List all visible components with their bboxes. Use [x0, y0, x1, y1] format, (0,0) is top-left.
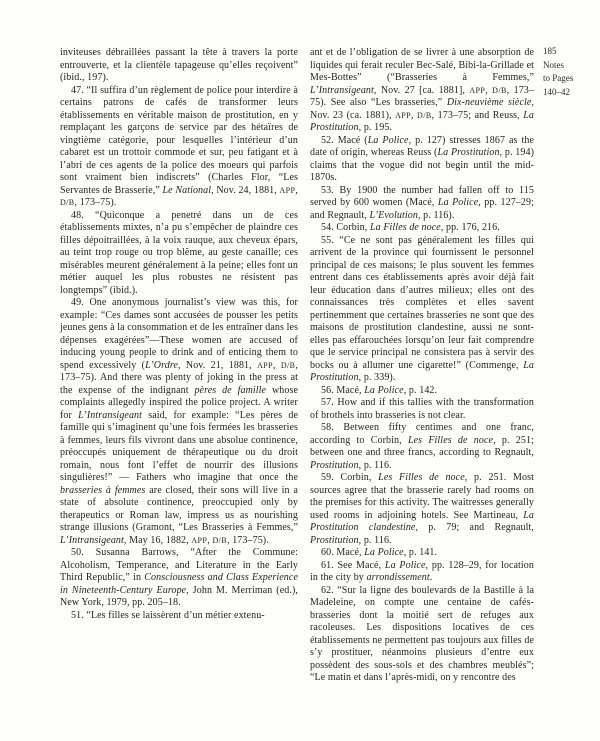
endnote-paragraph: 48. “Quiconque a penetré dans un de ces … — [60, 210, 298, 298]
endnote-paragraph: 54. Corbin, La Filles de noce, pp. 176, … — [310, 222, 534, 235]
endnote-paragraph: 49. One anonymous journalist’s view was … — [60, 297, 298, 547]
endnote-paragraph: 61. See Macé, La Police, pp. 128–29, for… — [310, 560, 534, 585]
left-column: inviteuses débraillées passant la tête à… — [60, 47, 298, 685]
endnote-paragraph: 59. Corbin, Les Filles de noce, p. 251. … — [310, 472, 534, 547]
endnote-paragraph: 52. Macé (La Police, p. 127) stresses 18… — [310, 135, 534, 185]
page-number: 185 — [543, 45, 597, 59]
endnote-paragraph: 58. Between fifty centimes and one franc… — [310, 422, 534, 472]
endnote-paragraph: 53. By 1900 the number had fallen off to… — [310, 185, 534, 223]
book-page: inviteuses débraillées passant la tête à… — [0, 0, 600, 741]
endnote-paragraph: 60. Macé, La Police, p. 141. — [310, 547, 534, 560]
running-head-line: 140–42 — [543, 86, 597, 100]
notes-text-block: inviteuses débraillées passant la tête à… — [60, 47, 534, 685]
running-head-line: Notes — [543, 59, 597, 73]
endnote-paragraph: 62. “Sur la ligne des boulevards de la B… — [310, 585, 534, 685]
endnote-paragraph: 55. “Ce ne sont pas généralement les fil… — [310, 235, 534, 385]
endnote-paragraph: 57. How and if this tallies with the tra… — [310, 397, 534, 422]
endnote-paragraph: 56. Macé, La Police, p. 142. — [310, 385, 534, 398]
endnote-paragraph: inviteuses débraillées passant la tête à… — [60, 47, 298, 85]
running-head: Notesto Pages140–42 — [543, 59, 597, 100]
endnote-paragraph: ant et de l’obligation de se livrer à un… — [310, 47, 534, 135]
endnote-paragraph: 47. “Il suffira d’un règlement de police… — [60, 85, 298, 210]
margin-note: 185 Notesto Pages140–42 — [543, 45, 597, 99]
endnote-paragraph: 51. “Les filles se laissèrent d’un métie… — [60, 610, 298, 623]
right-column: ant et de l’obligation de se livrer à un… — [310, 47, 534, 685]
endnote-paragraph: 50. Susanna Barrows, “After the Commune:… — [60, 547, 298, 610]
running-head-line: to Pages — [543, 72, 597, 86]
